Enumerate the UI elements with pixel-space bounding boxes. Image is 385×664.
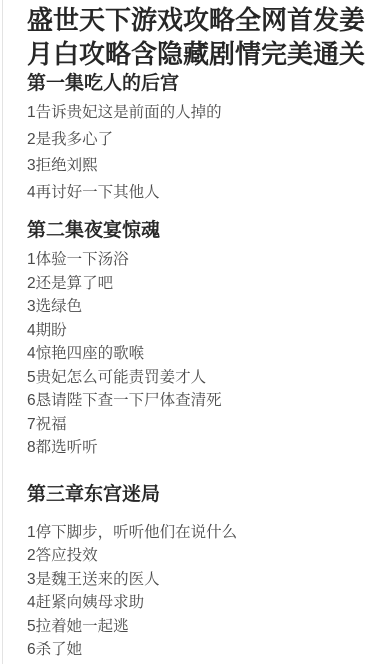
section-items: 1停下脚步，听听他们在说什么2答应投效3是魏王送来的医人4赶紧向姨母求助5拉着她… [27,521,365,662]
guide-line: 5贵妃怎么可能责罚姜才人 [27,366,365,390]
guide-line: 4惊艳四座的歌喉 [27,342,365,366]
guide-line: 8都选听听 [27,436,365,460]
section-items: 1告诉贵妃这是前面的人掉的2是我多心了3拒绝刘熙4再讨好一下其他人 [27,100,365,206]
guide-line: 3选绿色 [27,295,365,319]
guide-line: 7祝福 [27,413,365,437]
guide-section: 第三章东宫迷局1停下脚步，听听他们在说什么2答应投效3是魏王送来的医人4赶紧向姨… [27,482,365,662]
article-title: 盛世天下游戏攻略全网首发姜 月白攻略含隐藏剧情完美通关 [27,3,365,71]
section-heading: 第二集夜宴惊魂 [27,218,365,243]
guide-line: 5拉着她一起逃 [27,615,365,639]
guide-line: 1告诉贵妃这是前面的人掉的 [27,100,365,127]
guide-line: 2答应投效 [27,544,365,568]
guide-section: 第一集吃人的后宫1告诉贵妃这是前面的人掉的2是我多心了3拒绝刘熙4再讨好一下其他… [27,71,365,206]
page-left-border [2,0,3,664]
section-items: 1体验一下汤浴2还是算了吧3选绿色4期盼4惊艳四座的歌喉5贵妃怎么可能责罚姜才人… [27,248,365,460]
guide-line: 6恳请陛下查一下尸体查清死 [27,389,365,413]
guide-section: 第二集夜宴惊魂1体验一下汤浴2还是算了吧3选绿色4期盼4惊艳四座的歌喉5贵妃怎么… [27,218,365,460]
guide-line: 6杀了她 [27,638,365,662]
guide-line: 2是我多心了 [27,127,365,154]
sections-container: 第一集吃人的后宫1告诉贵妃这是前面的人掉的2是我多心了3拒绝刘熙4再讨好一下其他… [27,71,365,662]
guide-line: 4赶紧向姨母求助 [27,591,365,615]
section-heading: 第一集吃人的后宫 [27,71,365,96]
section-heading: 第三章东宫迷局 [27,482,365,507]
guide-line: 1停下脚步，听听他们在说什么 [27,521,365,545]
guide-line: 3是魏王送来的医人 [27,568,365,592]
guide-line: 4再讨好一下其他人 [27,180,365,207]
guide-line: 4期盼 [27,319,365,343]
guide-line: 1体验一下汤浴 [27,248,365,272]
article-page: 盛世天下游戏攻略全网首发姜 月白攻略含隐藏剧情完美通关 第一集吃人的后宫1告诉贵… [0,3,385,664]
guide-line: 3拒绝刘熙 [27,153,365,180]
guide-line: 2还是算了吧 [27,272,365,296]
